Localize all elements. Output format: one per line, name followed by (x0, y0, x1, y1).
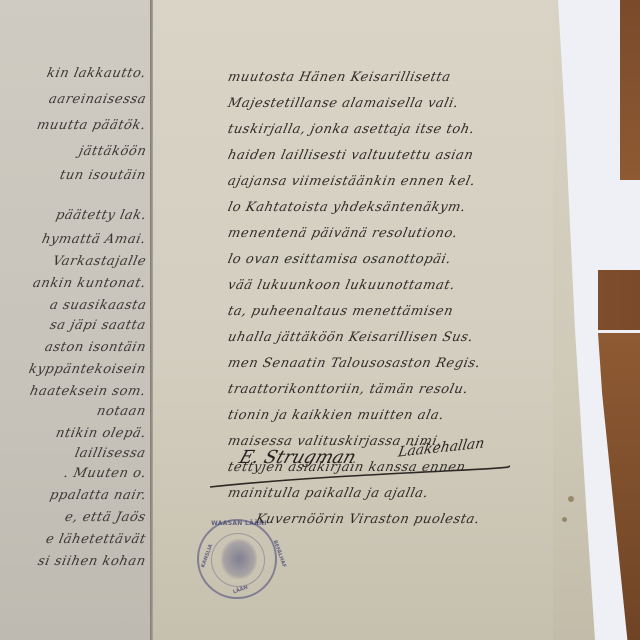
left-page-line: ntikin olepä. (54, 426, 147, 441)
left-page-line: päätetty lak. (54, 208, 148, 223)
left-page-line: a suasikaasta (48, 298, 148, 313)
right-page-line: vää lukuunkoon lukuunottamat. (226, 278, 456, 293)
right-page-line: traattorikonttoriin, tämän resolu. (226, 382, 469, 397)
left-page-line: e lähetettävät (45, 532, 148, 547)
wooden-surface-top-right (620, 0, 640, 180)
left-page-line: si siihen kohan (37, 554, 148, 569)
right-page-line: uhalla jättäköön Keisarillisen Sus. (226, 330, 474, 345)
left-page-line: kyppäntekoisein (28, 362, 148, 377)
official-stamp: WAASAN LÄÄNI KANSLIA BEFÄLHAF LÄÄN (197, 519, 277, 599)
left-page-line: . Muuten o. (62, 466, 147, 481)
left-page-line: ankin kuntonat. (32, 276, 148, 291)
left-page-line: e, että Jaös (64, 510, 148, 525)
paper-stain (568, 496, 574, 502)
right-page-line: lo ovan esittamisa osanottopäi. (226, 252, 452, 267)
left-page-line: hymattä Amai. (41, 232, 148, 247)
left-page-line: ppalatta nair. (48, 488, 147, 503)
paper-stain (562, 517, 567, 522)
right-page-line: muutosta Hänen Keisarillisetta (226, 70, 452, 85)
right-page-line: tuskirjalla, jonka asettaja itse toh. (226, 122, 476, 137)
right-page-line: men Senaatin Talousosaston Regis. (226, 356, 482, 371)
right-page-line: lo Kahtatoista yhdeksäntenäkym. (226, 200, 467, 215)
stamp-top-text: WAASAN LÄÄNI (199, 520, 279, 527)
right-page-line: haiden laillisesti valtuutettu asian (226, 148, 474, 163)
book-spine (150, 0, 153, 640)
left-page-line: notaan (95, 404, 147, 419)
left-page-line: laillisessa (74, 446, 148, 461)
left-page-line: Varkastajalle (51, 254, 147, 269)
left-page-line: haateksein som. (29, 384, 148, 399)
left-page-line: sa jäpi saatta (49, 318, 148, 333)
right-page-line: tionin ja kaikkien muitten ala. (226, 408, 445, 423)
left-page-line: muutta päätök. (36, 118, 148, 133)
left-page-line: jättäköön (77, 144, 147, 159)
right-page-line: ta, puheenaltaus menettämisen (226, 304, 454, 319)
right-page-line: Kuvernöörin Viraston puolesta. (254, 512, 481, 527)
eagle-emblem-icon (221, 539, 257, 579)
right-page-line: menentenä päivänä resolutiono. (226, 226, 459, 241)
left-page-line: kin lakkautto. (45, 66, 147, 81)
left-page-line: aston isontäin (43, 340, 147, 355)
signature-flourish (205, 465, 515, 491)
right-page-line: Majestetillanse alamaisella vali. (226, 96, 460, 111)
left-page-line: aareinaisessa (47, 92, 147, 107)
right-page-line: ajajansa viimeistäänkin ennen kel. (226, 174, 476, 189)
left-page-line: tun isoutäin (59, 168, 148, 183)
